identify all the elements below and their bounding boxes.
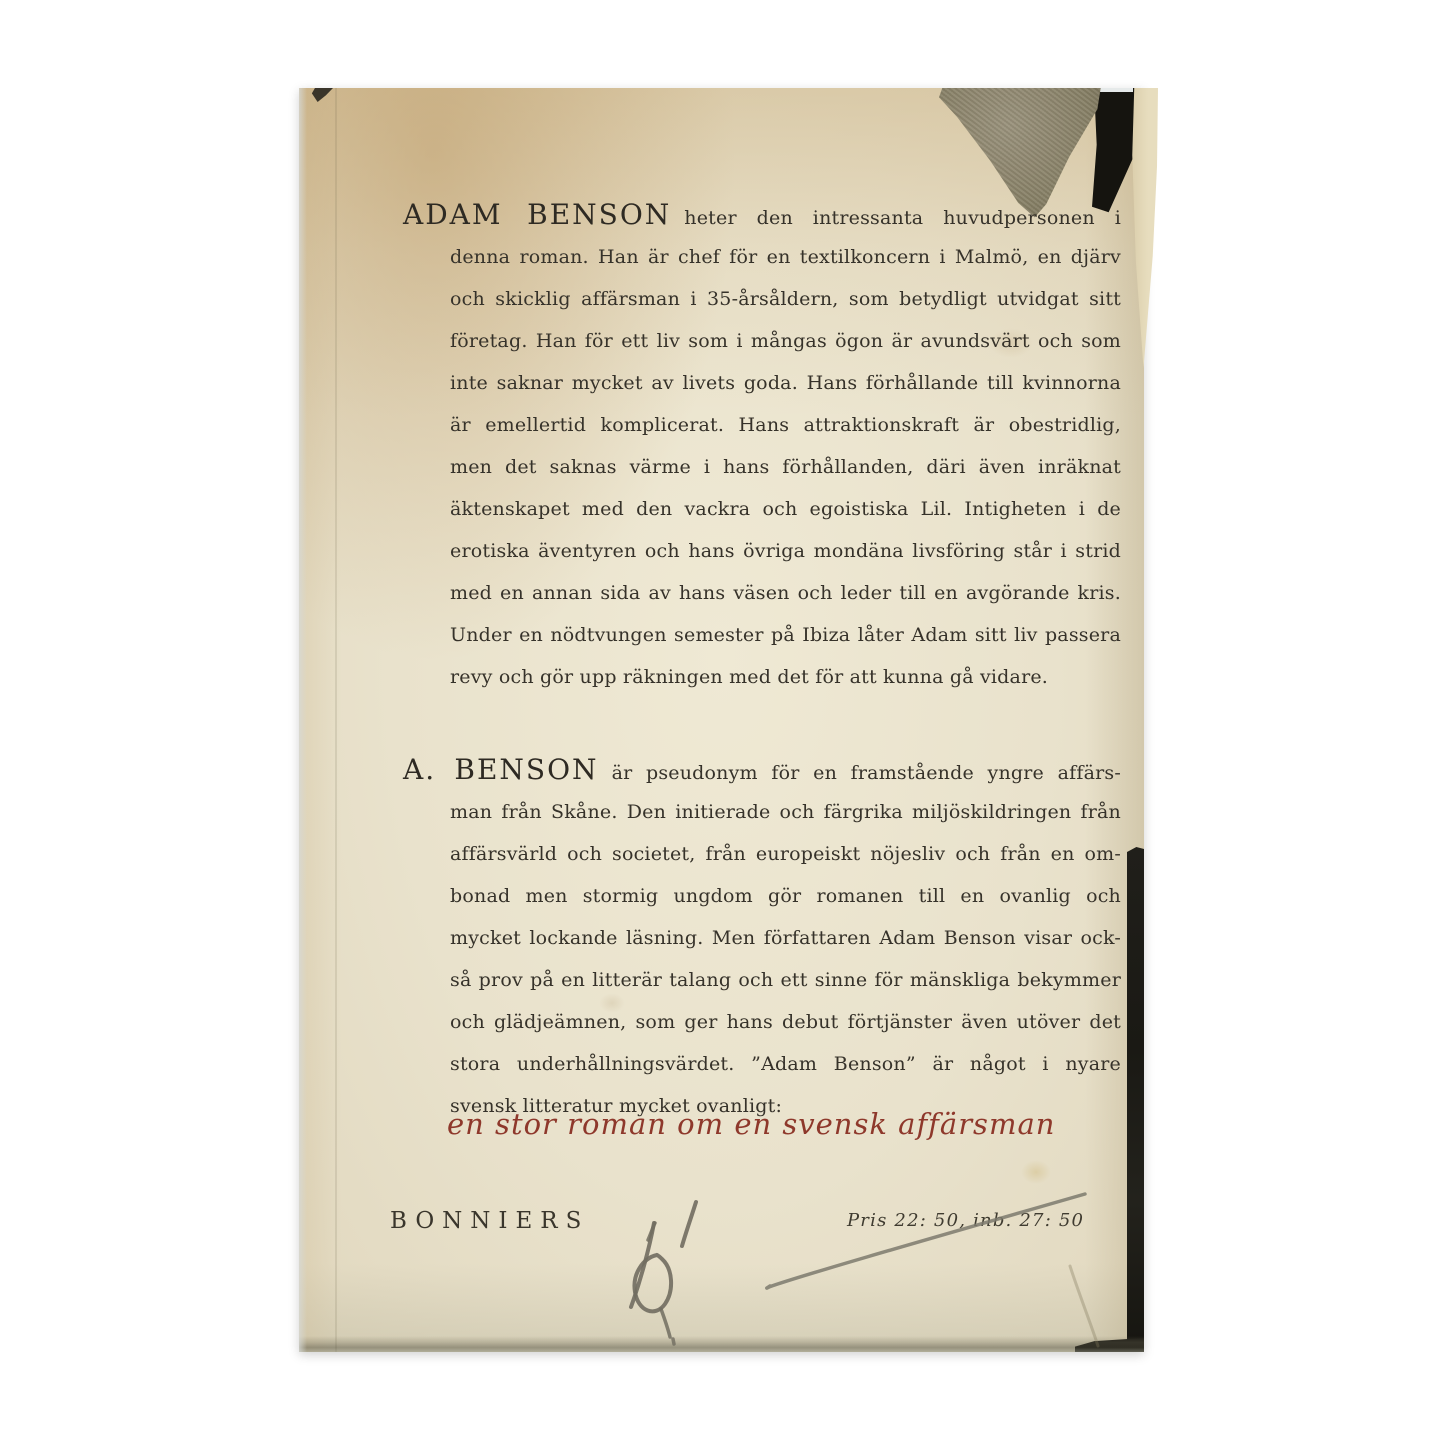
text-line: stora underhållningsvärdet. ”Adam Benson… xyxy=(403,1043,1121,1085)
text-line: inte saknar mycket av livets goda. Hans … xyxy=(403,362,1121,404)
paragraph-heading: ADAM BENSON xyxy=(403,198,671,231)
text-line: äktenskapet med den vackra och egoistisk… xyxy=(403,488,1121,530)
pencil-digit-0-tail xyxy=(661,1309,670,1337)
text-line: men det saknas värme i hans förhållanden… xyxy=(403,446,1121,488)
blurb-paragraph: ADAM BENSONheter den intressanta huvudpe… xyxy=(403,194,1121,698)
pencil-slash-stroke xyxy=(682,1202,696,1246)
text-line: så prov på en litterär talang och ett si… xyxy=(403,959,1121,1001)
text-line: A. BENSONär pseudonym för en framstående… xyxy=(403,749,1121,791)
bottom-edge-shadow xyxy=(299,1336,1144,1352)
paper-stain xyxy=(1021,1160,1051,1184)
tagline: en stor roman om en svensk affärsman xyxy=(447,1104,1055,1144)
text-line: med en annan sida av hans väsen och lede… xyxy=(403,572,1121,614)
pencil-digit-1-serif xyxy=(648,1223,655,1240)
book-back-cover: ADAM BENSONheter den intressanta huvudpe… xyxy=(299,88,1144,1352)
publisher-imprint: BONNIERS xyxy=(390,1206,589,1236)
paper-crease xyxy=(1070,1266,1098,1346)
text-line: och skicklig affärsman i 35-årsåldern, s… xyxy=(403,278,1121,320)
text-line: Under en nödtvungen semester på Ibiza lå… xyxy=(403,614,1121,656)
text-line: man från Skåne. Den initierade och färgr… xyxy=(403,791,1121,833)
price-label: Pris 22: 50, inb. 27: 50 xyxy=(847,1208,1084,1234)
torn-corner-top-sliver xyxy=(1099,88,1133,92)
top-left-tear-notch xyxy=(311,88,333,102)
text-line: är emellertid komplicerat. Hans attrakti… xyxy=(403,404,1121,446)
text-line: företag. Han för ett liv som i mångas ög… xyxy=(403,320,1121,362)
exposed-black-board-strip xyxy=(1127,847,1144,1352)
heading-line-rest: heter den intressanta huvudpersonen i xyxy=(684,207,1121,229)
pencil-digit-1 xyxy=(631,1223,654,1307)
text-line: ADAM BENSONheter den intressanta huvudpe… xyxy=(403,194,1121,236)
text-line: och glädjeämnen, som ger hans debut fört… xyxy=(403,1001,1121,1043)
author-note-paragraph: A. BENSONär pseudonym för en framstående… xyxy=(403,749,1121,1127)
pencil-digit-0 xyxy=(635,1255,672,1311)
text-line: mycket lockande läsning. Men författaren… xyxy=(403,917,1121,959)
text-line: denna roman. Han är chef för en textilko… xyxy=(403,236,1121,278)
heading-line-rest: är pseudonym för en framstående yngre af… xyxy=(612,762,1121,784)
text-line: revy och gör upp räkningen med det för a… xyxy=(403,656,1121,698)
text-line: erotiska äventyren och hans övriga mondä… xyxy=(403,530,1121,572)
text-line: bonad men stormig ungdom gör romanen til… xyxy=(403,875,1121,917)
paragraph-heading: A. BENSON xyxy=(403,753,599,786)
text-line: affärsvärld och societet, från europeisk… xyxy=(403,833,1121,875)
